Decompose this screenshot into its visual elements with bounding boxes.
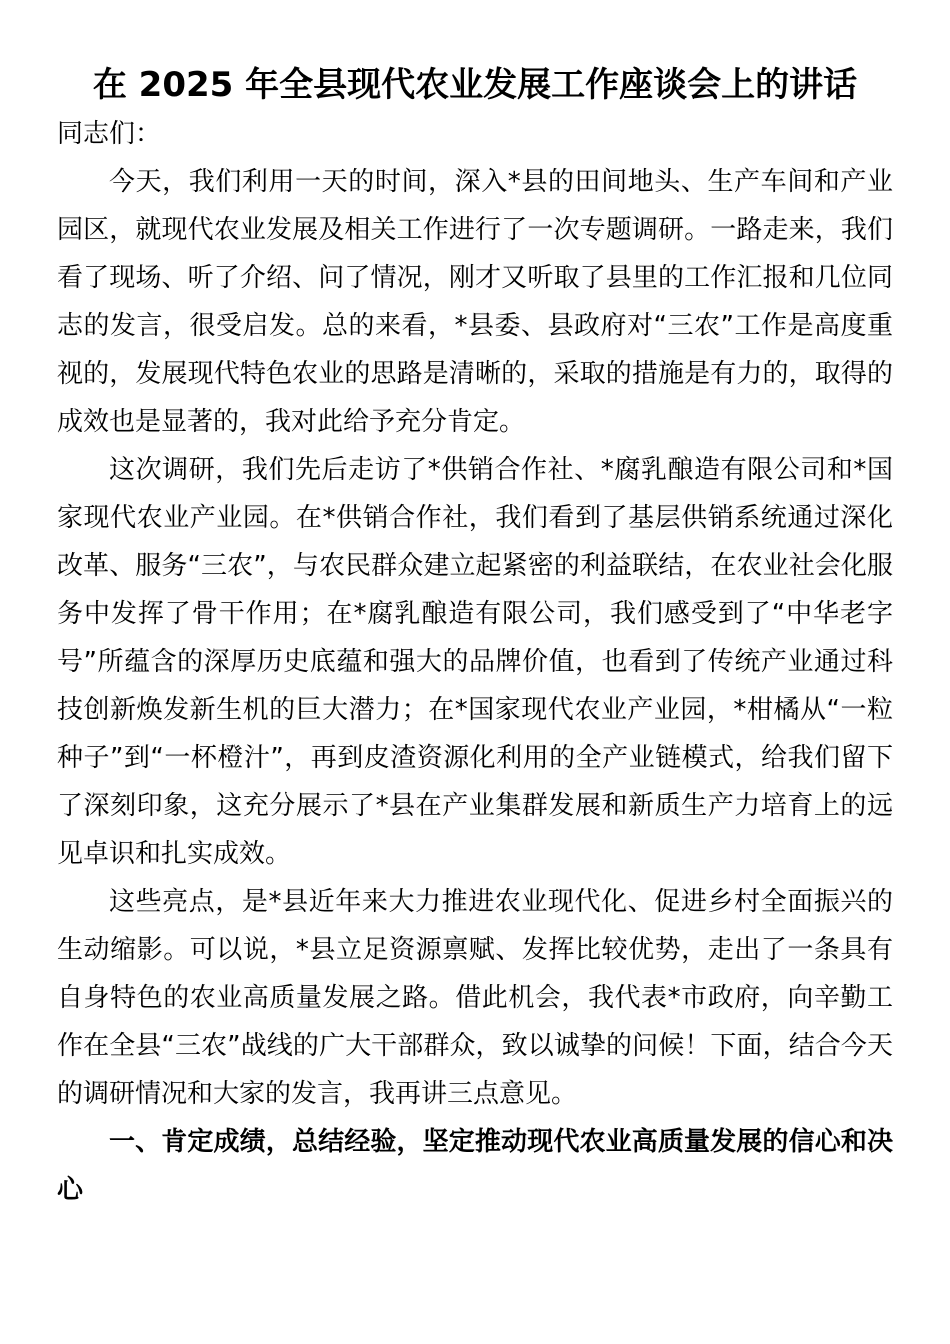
- document-page: 在 2025 年全县现代农业发展工作座谈会上的讲话 同志们： 今天，我们利用一天…: [0, 0, 950, 1344]
- salutation: 同志们：: [57, 110, 893, 158]
- paragraph-3: 这些亮点，是*县近年来大力推进农业现代化、促进乡村全面振兴的生动缩影。可以说，*…: [57, 878, 893, 1118]
- paragraph-1: 今天，我们利用一天的时间，深入*县的田间地头、生产车间和产业园区，就现代农业发展…: [57, 158, 893, 446]
- paragraph-2: 这次调研，我们先后走访了*供销合作社、*腐乳酿造有限公司和*国家现代农业产业园。…: [57, 446, 893, 878]
- document-title: 在 2025 年全县现代农业发展工作座谈会上的讲话: [57, 60, 893, 110]
- section-heading: 一、肯定成绩，总结经验，坚定推动现代农业高质量发展的信心和决心: [57, 1118, 893, 1214]
